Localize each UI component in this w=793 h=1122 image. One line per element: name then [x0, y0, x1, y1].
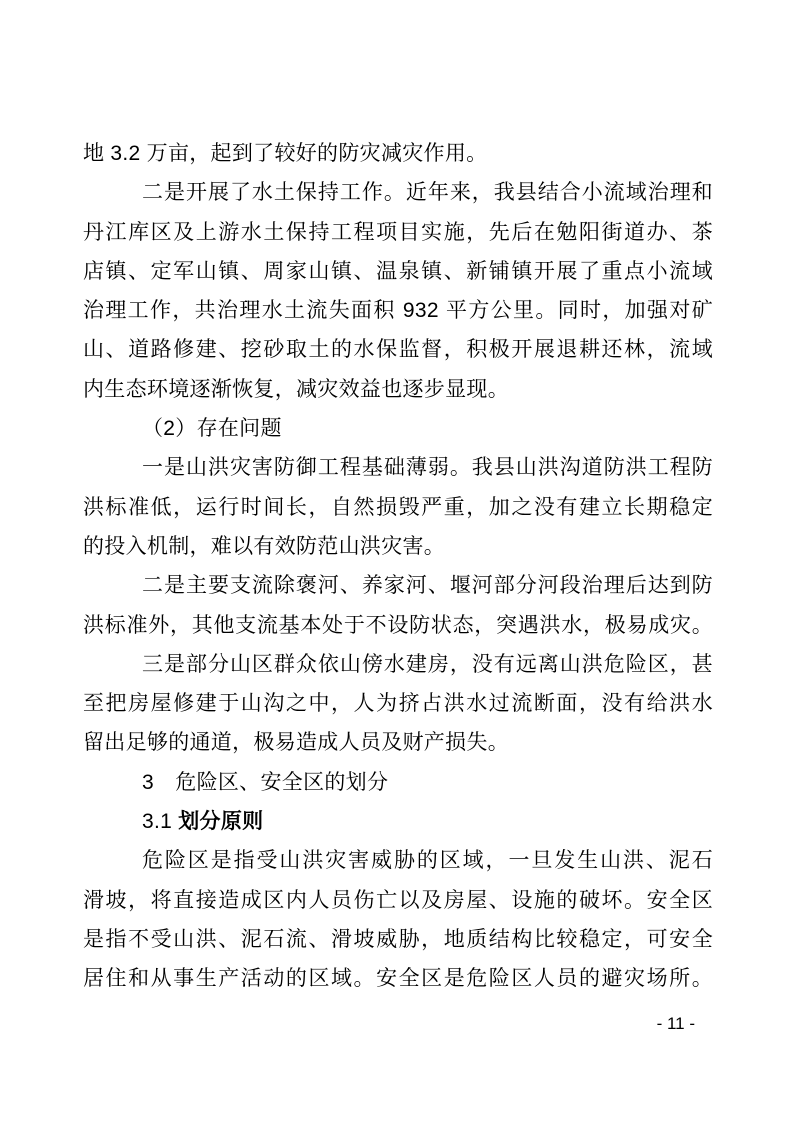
document-body: 地 3.2 万亩，起到了较好的防灾减灾作用。二是开展了水土保持工作。近年来，我县…: [83, 134, 713, 999]
text-line: 二是开展了水土保持工作。近年来，我县结合小流域治理和: [83, 173, 713, 212]
text-line: 的投入机制，难以有效防范山洪灾害。: [83, 527, 713, 566]
text-line: 滑坡，将直接造成区内人员伤亡以及房屋、设施的破坏。安全区: [83, 881, 713, 920]
text-line: 店镇、定军山镇、周家山镇、温泉镇、新铺镇开展了重点小流域: [83, 252, 713, 291]
document-page: 地 3.2 万亩，起到了较好的防灾减灾作用。二是开展了水土保持工作。近年来，我县…: [0, 0, 793, 1122]
text-line: 丹江库区及上游水土保持工程项目实施，先后在勉阳街道办、茶: [83, 213, 713, 252]
text-line: 是指不受山洪、泥石流、滑坡威胁，地质结构比较稳定，可安全: [83, 920, 713, 959]
text-line: 洪标准外，其他支流基本处于不设防状态，突遇洪水，极易成灾。: [83, 606, 713, 645]
text-line: 三是部分山区群众依山傍水建房，没有远离山洪危险区，甚: [83, 645, 713, 684]
section-heading: 3 危险区、安全区的划分: [83, 763, 713, 802]
subsection-heading: （2）存在问题: [83, 409, 713, 448]
page-number: - 11 -: [657, 1013, 695, 1035]
text-line: 至把房屋修建于山沟之中，人为挤占洪水过流断面，没有给洪水: [83, 684, 713, 723]
text-line: 居住和从事生产活动的区域。安全区是危险区人员的避灾场所。: [83, 959, 713, 998]
text-line: 地 3.2 万亩，起到了较好的防灾减灾作用。: [83, 134, 713, 173]
text-line: 二是主要支流除褒河、养家河、堰河部分河段治理后达到防: [83, 566, 713, 605]
text-line: 洪标准低，运行时间长，自然损毁严重，加之没有建立长期稳定: [83, 488, 713, 527]
text-line: 内生态环境逐渐恢复，减灾效益也逐步显现。: [83, 370, 713, 409]
heading-number: 3.1: [142, 810, 178, 833]
subsection-heading: 3.1 划分原则: [83, 802, 713, 841]
heading-title: 划分原则: [178, 810, 263, 833]
text-line: 留出足够的通道，极易造成人员及财产损失。: [83, 723, 713, 762]
text-line: 危险区是指受山洪灾害威胁的区域，一旦发生山洪、泥石流、: [83, 841, 713, 880]
text-line: 山、道路修建、挖砂取土的水保监督，积极开展退耕还林，流域: [83, 330, 713, 369]
text-line: 治理工作，共治理水土流失面积 932 平方公里。同时，加强对矿: [83, 291, 713, 330]
text-line: 一是山洪灾害防御工程基础薄弱。我县山洪沟道防洪工程防: [83, 448, 713, 487]
